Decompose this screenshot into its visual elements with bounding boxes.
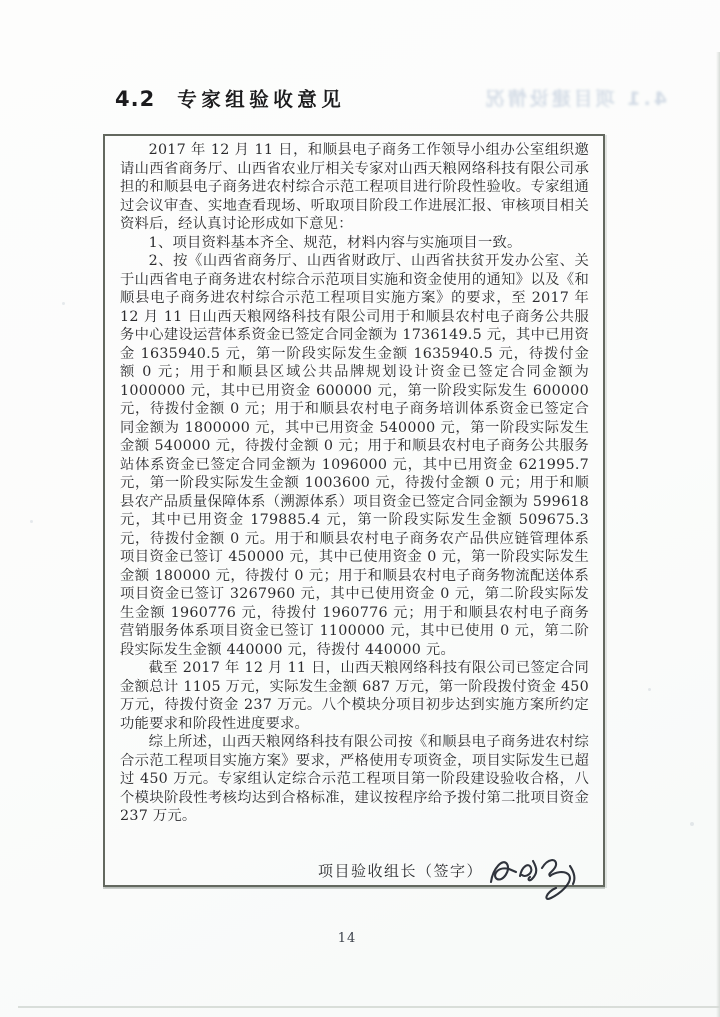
opinion-paragraph: 1、项目资料基本齐全、规范，材料内容与实施项目一致。: [120, 234, 589, 253]
section-number: 4.2: [115, 87, 155, 111]
scan-edge-bottom: [18, 1006, 720, 1008]
scan-edge-right: [716, 52, 720, 1017]
handwritten-signature: [485, 846, 585, 904]
opinion-paragraph: 2、按《山西省商务厅、山西省财政厅、山西省扶贫开发办公室、关于山西省电子商务进农…: [120, 252, 589, 659]
opinion-paragraph: 截至 2017 年 12 月 11 日，山西天粮网络科技有限公司已签定合同金额总…: [120, 659, 589, 733]
paper-speck: [648, 688, 651, 691]
bleed-through-text: 4.1 项目建设情况: [462, 84, 667, 111]
signature-line: 项目验收组长（签字）: [120, 852, 589, 904]
opinion-paragraph: 2017 年 12 月 11 日，和顺县电子商务工作领导小组办公室组织邀请山西省…: [120, 141, 589, 234]
scanned-document-page: 4.2 专家组验收意见 4.1 项目建设情况 2017 年 12 月 11 日，…: [0, 0, 720, 1017]
paper-speck: [690, 822, 694, 826]
paper-speck: [62, 302, 65, 305]
signature-label: 项目验收组长（签字）: [318, 852, 483, 881]
section-heading: 4.2 专家组验收意见: [115, 84, 345, 112]
section-title: 专家组验收意见: [177, 84, 345, 112]
page-number: 14: [0, 931, 694, 946]
opinion-paragraph: 综上所述，山西天粮网络科技有限公司按《和顺县电子商务进农村综合示范工程项目实施方…: [120, 733, 589, 826]
paper-speck: [30, 520, 33, 523]
opinion-box: 2017 年 12 月 11 日，和顺县电子商务工作领导小组办公室组织邀请山西省…: [103, 134, 605, 887]
